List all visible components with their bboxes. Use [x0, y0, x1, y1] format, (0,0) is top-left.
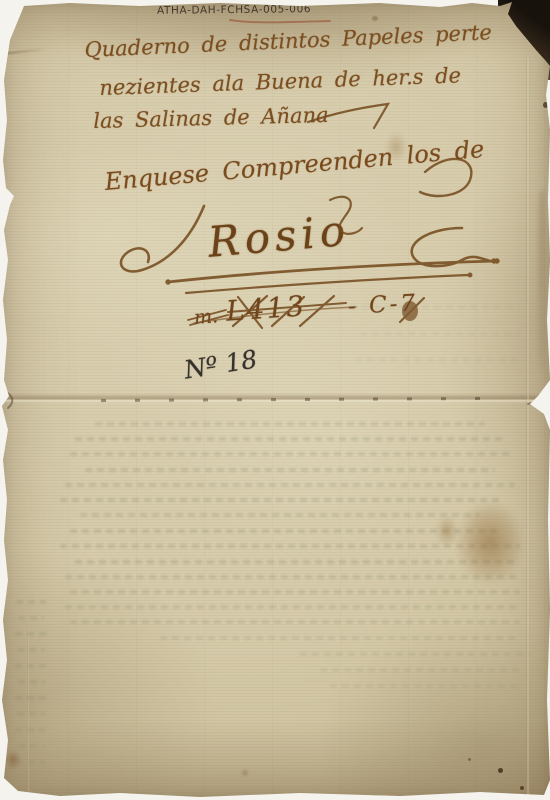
- fold-crease-right-vertical: [526, 58, 530, 800]
- underline1-dot-right: [495, 259, 499, 263]
- headline-word: Rosio: [206, 206, 352, 267]
- manuscript-page: ATHA-DAH-FCHSA-005-006 Quaderno de disti…: [0, 0, 550, 800]
- stain-left-edge-blob: [5, 750, 21, 770]
- underline1-dot-left: [166, 280, 170, 284]
- foxing-dot-2: [520, 786, 524, 790]
- subtitle-line: Enquese Compreenden los de: [104, 135, 486, 196]
- archive-code-label: ATHA-DAH-FCHSA-005-006: [157, 3, 311, 17]
- underline2-dot-right: [468, 273, 472, 277]
- foxing-dot-4: [242, 770, 248, 776]
- foxing-dot-3: [468, 758, 471, 761]
- item-number: Nº 18: [182, 344, 259, 384]
- label-underline-stroke: [230, 20, 330, 22]
- shelfmark-code: L413: [225, 289, 307, 328]
- title-line-1: Quaderno de distintos Papeles perte: [84, 20, 492, 62]
- stain-right-large: [455, 500, 525, 585]
- rosio-tail-swash: [412, 228, 490, 266]
- title-line-2: nezientes ala Buena de her.s de: [99, 63, 461, 100]
- rosio-underline-2: [186, 275, 470, 293]
- foxing-dot-6: [543, 102, 548, 108]
- scan-background: ATHA-DAH-FCHSA-005-006 Quaderno de disti…: [0, 0, 550, 800]
- shelfmark-suffix: - C-7: [347, 290, 418, 320]
- stain-right-edge-streak: [538, 190, 546, 370]
- foxing-dot-1: [498, 768, 503, 773]
- title-line-3: las Salinas de Añana: [93, 103, 329, 133]
- crease-top-left: [0, 47, 48, 55]
- rosio-tail-dot: [492, 259, 496, 263]
- shelfmark-prefix: m.: [193, 305, 219, 329]
- foxing-dot-5: [372, 16, 378, 21]
- rosio-lead-swash: [121, 206, 204, 271]
